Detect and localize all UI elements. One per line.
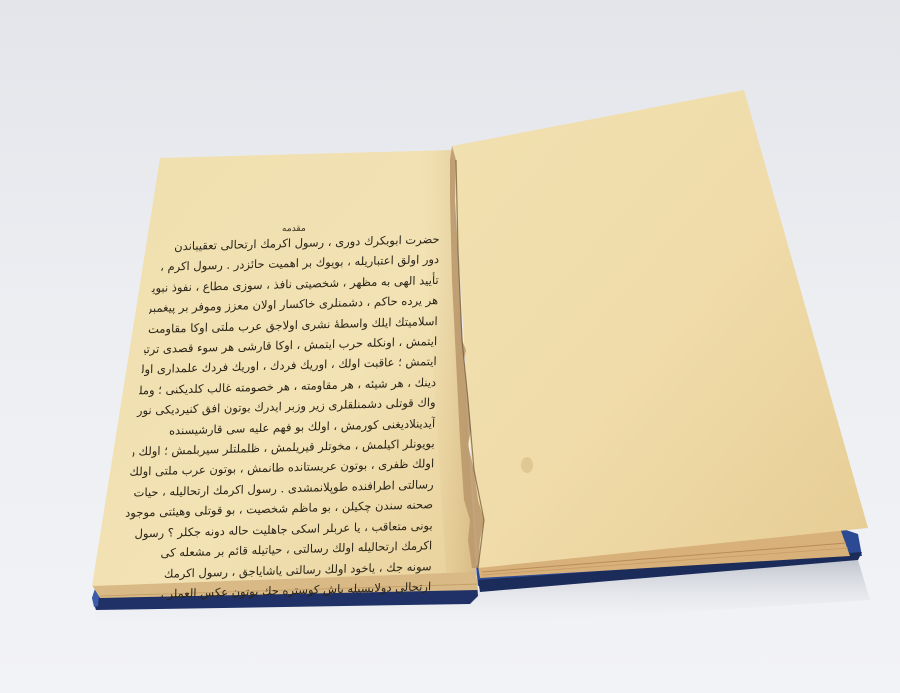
photo-scene: مقدمه حضرت ابوبكرك دورى ، رسول اكرمك ارت… xyxy=(0,0,900,693)
right-page xyxy=(452,90,868,568)
paper-stain xyxy=(521,457,533,473)
left-page-text: حضرت ابوبكرك دورى ، رسول اكرمك ارتحالى ت… xyxy=(141,229,440,605)
